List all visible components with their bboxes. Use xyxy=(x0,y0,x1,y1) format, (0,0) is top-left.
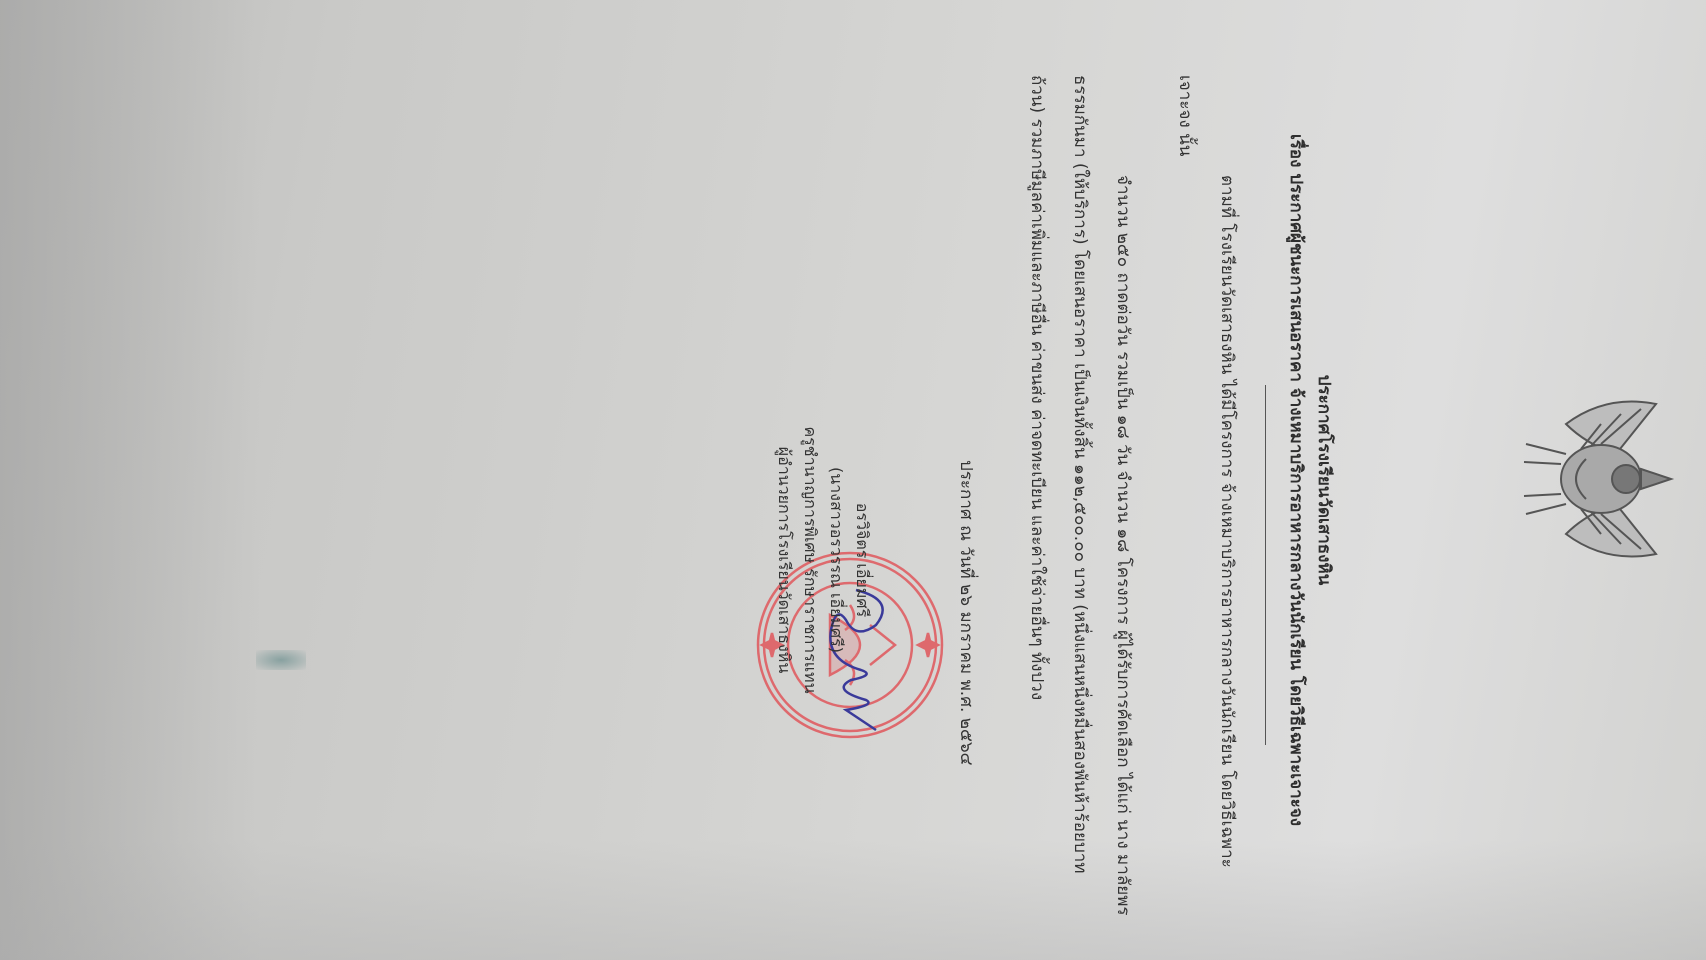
signer-position-2: ผู้อำนวยการโรงเรียนวัดเสาธงหิน xyxy=(771,360,796,760)
ink-smudge xyxy=(256,650,306,670)
announcement-date: ประกาศ ณ วันที่ ๒๖ มกราคม พ.ศ. ๒๕๖๔ xyxy=(953,460,980,766)
paragraph-2-line-3: ถ้วน) รวมภาษีมูลค่าเพิ่มและภาษีอื่น ค่าข… xyxy=(1015,75,1058,700)
paragraph-1-line-2: เจาะจง นั้น xyxy=(1163,75,1206,156)
signer-position-1: ครูชำนาญการพิเศษ รักษาราชการแทน xyxy=(797,360,822,760)
paragraph-1-line-1: ตามที่ โรงเรียนวัดเสาธงหิน ได้มีโครงการ … xyxy=(1205,175,1248,868)
signer-name: อรวิจิตร เอี่ยมศรี xyxy=(849,360,874,760)
signer-full-name: (นางสาวอรวรรณ เอี่ยมศรี) xyxy=(823,360,848,760)
document-title: ประกาศโรงเรียนวัดเสาธงหิน xyxy=(1311,0,1338,960)
paragraph-2-line-1: จำนวน ๒๕๐ ถาดต่อวัน รวมเป็น ๑๘ วัน จำนวน… xyxy=(1101,175,1144,916)
document-page: ประกาศโรงเรียนวัดเสาธงหิน เรื่อง ประกาศผ… xyxy=(0,0,1706,960)
paragraph-2-line-2: ธรรมกันมา (ให้บริการ) โดยเสนอราคา เป็นเง… xyxy=(1058,75,1101,874)
title-divider xyxy=(1265,385,1266,745)
document-subject: เรื่อง ประกาศผู้ชนะการเสนอราคา จ้างเหมาบ… xyxy=(1283,0,1310,960)
garuda-emblem-icon xyxy=(1516,384,1696,574)
